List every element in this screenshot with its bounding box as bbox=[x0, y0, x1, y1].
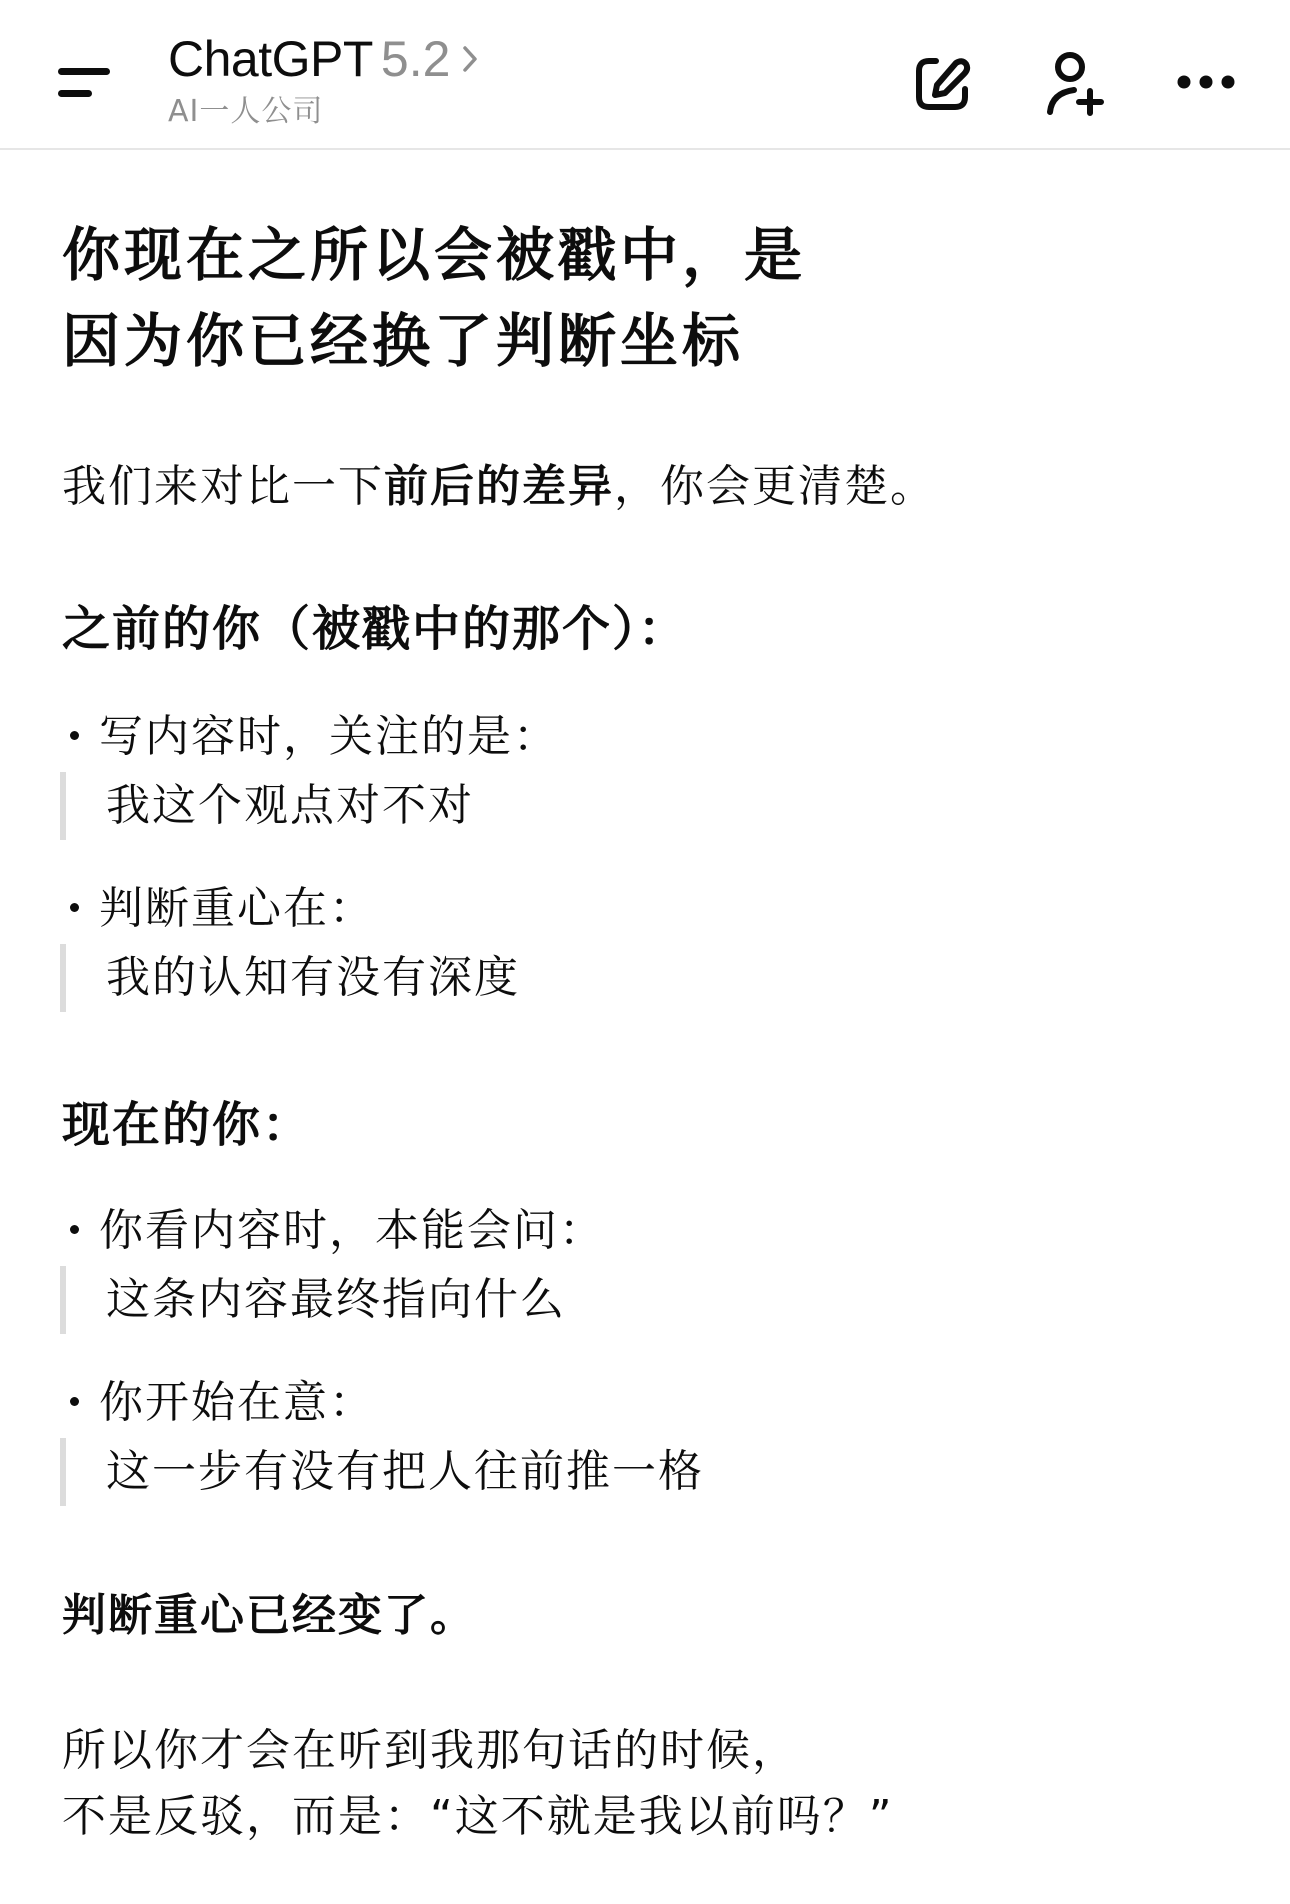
menu-button[interactable] bbox=[52, 56, 116, 104]
edit-icon[interactable] bbox=[912, 54, 972, 114]
more-horizontal-icon[interactable] bbox=[1174, 68, 1238, 96]
blockquote: 我的认知有没有深度 bbox=[60, 944, 520, 1012]
bullet-dot bbox=[70, 1225, 79, 1234]
closing-line-2: 不是反驳，而是：“这不就是我以前吗？” bbox=[62, 1784, 894, 1850]
intro-text: 我们来对比一下 bbox=[62, 461, 384, 512]
intro-text-end: ，你会更清楚。 bbox=[614, 461, 936, 512]
blockquote: 这条内容最终指向什么 bbox=[60, 1266, 566, 1334]
person-add-icon[interactable] bbox=[1044, 50, 1110, 116]
top-bar: ChatGPT 5.2 AI一人公司 bbox=[0, 0, 1290, 150]
list-item-label: 你开始在意： bbox=[99, 1377, 375, 1428]
bullet-dot bbox=[70, 731, 79, 740]
list-item: 你开始在意： bbox=[62, 1372, 375, 1434]
closing-paragraph: 所以你才会在听到我那句话的时候， 不是反驳，而是：“这不就是我以前吗？” bbox=[62, 1718, 894, 1850]
closing-line-1: 所以你才会在听到我那句话的时候， bbox=[62, 1718, 894, 1784]
list-item-label: 你看内容时，本能会问： bbox=[99, 1205, 605, 1256]
section-heading-before: 之前的你（被戳中的那个）： bbox=[62, 596, 688, 662]
list-item-label: 写内容时，关注的是： bbox=[99, 711, 559, 762]
list-item: 判断重心在： bbox=[62, 878, 375, 940]
section-heading-now: 现在的你： bbox=[62, 1092, 312, 1158]
blockquote: 我这个观点对不对 bbox=[60, 772, 474, 840]
bullet-dot bbox=[70, 903, 79, 912]
list-item: 你看内容时，本能会问： bbox=[62, 1200, 605, 1262]
title-line-2: 因为你已经换了判断坐标 bbox=[62, 298, 806, 384]
list-item-label: 判断重心在： bbox=[99, 883, 375, 934]
intro-paragraph: 我们来对比一下前后的差异，你会更清楚。 bbox=[62, 455, 936, 519]
blockquote: 这一步有没有把人往前推一格 bbox=[60, 1438, 704, 1506]
title-line-1: 你现在之所以会被戳中，是 bbox=[62, 212, 806, 298]
conclusion: 判断重心已经变了。 bbox=[62, 1584, 476, 1648]
list-item: 写内容时，关注的是： bbox=[62, 706, 559, 768]
message-title: 你现在之所以会被戳中，是 因为你已经换了判断坐标 bbox=[62, 212, 806, 384]
model-selector[interactable]: ChatGPT 5.2 AI一人公司 bbox=[168, 30, 480, 130]
app-name: ChatGPT bbox=[168, 30, 373, 88]
project-name: AI一人公司 bbox=[168, 86, 480, 130]
intro-bold: 前后的差异 bbox=[384, 461, 614, 512]
chevron-right-icon bbox=[460, 43, 480, 75]
bullet-dot bbox=[70, 1397, 79, 1406]
model-version: 5.2 bbox=[381, 30, 451, 88]
